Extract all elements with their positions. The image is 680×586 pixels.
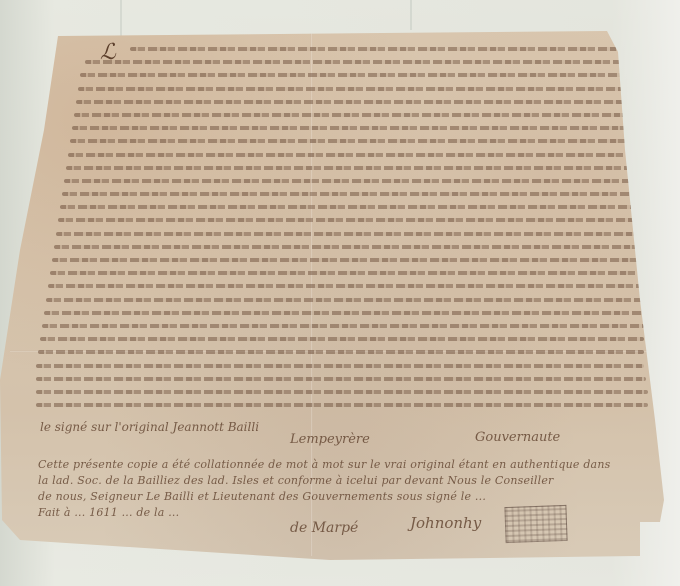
certification-line: Fait à ... 1611 ... de la ... (38, 506, 179, 519)
text-line (30, 148, 630, 161)
text-line (30, 293, 630, 306)
document-sheet: ℒ le signé sur l'original Jeannott Baill… (0, 0, 680, 586)
certification-line: de nous, Seigneur Le Bailli et Lieutenan… (38, 490, 486, 503)
text-line (30, 319, 630, 332)
text-line (30, 200, 630, 213)
text-line (30, 82, 630, 95)
text-line (30, 227, 630, 240)
text-line (30, 359, 630, 372)
seal-stamp-icon (504, 505, 567, 543)
text-line (30, 332, 630, 345)
text-line (30, 279, 630, 292)
text-line (30, 398, 630, 411)
text-line (30, 187, 630, 200)
glass-reflection (120, 0, 122, 40)
closing-line: le signé sur l'original Jeannott Bailli (40, 420, 259, 434)
text-line (30, 95, 630, 108)
text-line (30, 161, 630, 174)
signature-second: Gouvernaute (475, 430, 560, 445)
text-line (30, 121, 630, 134)
signature-first: Lempeyrère (290, 432, 370, 447)
text-line (30, 108, 630, 121)
text-line (30, 174, 630, 187)
text-line (30, 68, 630, 81)
certification-line: la lad. Soc. de la Bailliez des lad. Isl… (38, 474, 554, 487)
text-line (30, 42, 630, 55)
text-line (30, 306, 630, 319)
glass-reflection (410, 0, 412, 30)
signature-bottom-right: Johnonhy (410, 514, 481, 532)
text-line (30, 134, 630, 147)
text-line (30, 345, 630, 358)
certification-line: Cette présente copie a été collationnée … (38, 458, 610, 471)
text-line (30, 55, 630, 68)
signature-bottom-left: de Marpé (290, 520, 358, 536)
text-line (30, 266, 630, 279)
text-line (30, 385, 630, 398)
text-line (30, 253, 630, 266)
handwritten-body (30, 42, 630, 411)
text-line (30, 372, 630, 385)
text-line (30, 213, 630, 226)
text-line (30, 240, 630, 253)
